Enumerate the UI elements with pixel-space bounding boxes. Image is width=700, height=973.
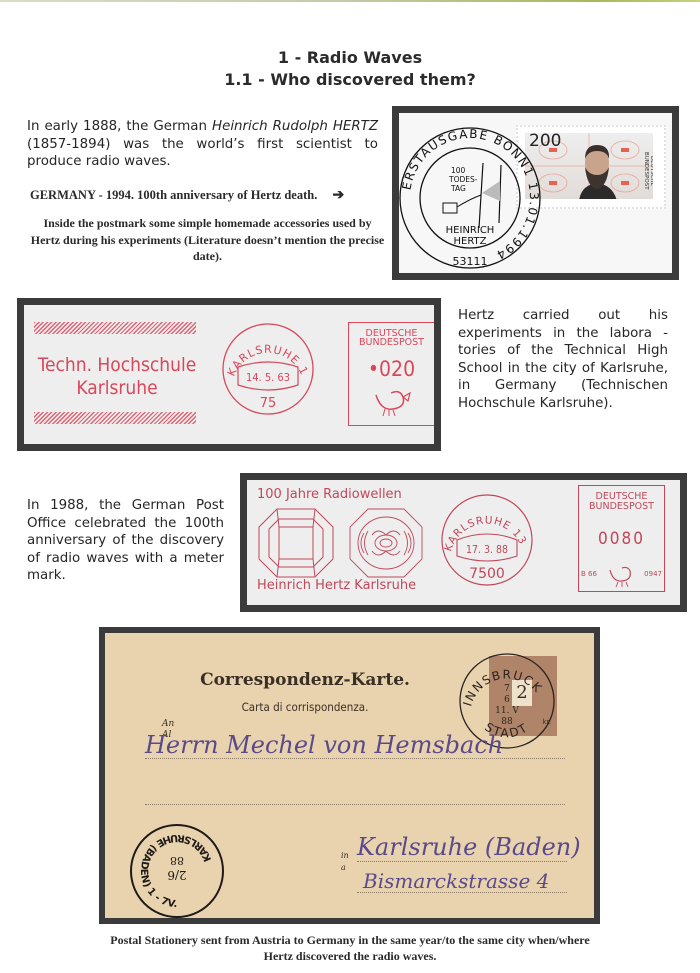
slogan-bottom: Heinrich Hertz Karlsruhe — [257, 578, 416, 593]
card-subtitle: Carta di corrispondenza. — [105, 700, 505, 714]
svg-text:HEINRICH: HEINRICH — [446, 225, 495, 236]
postage-value: •020 — [349, 357, 434, 381]
karlsruhe-postmark-1963: KARLSRUHE 1 14. 5. 63 75 — [218, 319, 318, 419]
address-line-1 — [145, 758, 565, 759]
addressee-handwriting: Herrn Mechel von Hemsbach — [145, 731, 503, 759]
postcard-caption: Postal Stationery sent from Austria to G… — [100, 933, 600, 964]
meter-mark-1988: 100 Jahre Radiowellen Heinrich Hertz Kar… — [240, 473, 687, 612]
svg-text:6: 6 — [504, 695, 510, 705]
meter-number-right: 0947 — [644, 570, 662, 578]
svg-text:75: 75 — [260, 396, 277, 411]
svg-text:88: 88 — [170, 854, 184, 867]
svg-text:INNSBRUCK: INNSBRUCK — [460, 667, 545, 707]
card-title: Correspondenz-Karte. — [105, 670, 505, 690]
hertz-1994-cover: 200 DEUTSCHE BUNDESPOST ERSTAUSGABE BONN… — [392, 106, 679, 280]
karlsruhe-arrival-postmark: KARLSRUHE (BADEN) 1 - 7V. 2/6 88 — [127, 821, 227, 918]
first-day-postmark: ERSTAUSGABE BONN1 13.01.1994 100 TODES- … — [399, 123, 545, 273]
svg-text:100: 100 — [451, 166, 466, 175]
posthorn-icon — [373, 389, 411, 417]
meter-mark-1963: Techn. Hochschule Karlsruhe KARLSRUHE 1 … — [17, 298, 441, 451]
address-line-4 — [357, 892, 567, 893]
svg-text:17. 3. 88: 17. 3. 88 — [466, 544, 508, 556]
intro-paragraph: In early 1888, the German Heinrich Rudol… — [27, 118, 378, 171]
postmark-description: Inside the postmark some simple homemade… — [30, 215, 385, 265]
svg-text:11. V: 11. V — [495, 706, 519, 716]
in-a-label: in a — [341, 850, 349, 874]
postage-value: 0080 — [579, 529, 664, 549]
hertz-labs-paragraph: Hertz carried out his experiments in the… — [458, 307, 668, 412]
page-title: 1 - Radio Waves — [0, 48, 700, 67]
karlsruhe-postmark-1988: KARLSRUHE 13 17. 3. 88 7500 — [437, 490, 537, 590]
slogan-top: 100 Jahre Radiowellen — [257, 487, 402, 502]
svg-text:53111: 53111 — [453, 255, 488, 268]
street-handwriting: Bismarckstrasse 4 — [363, 869, 549, 893]
hatch-bar-top — [34, 322, 196, 334]
meter-1988-paragraph: In 1988, the German Post Office celebrat… — [27, 497, 224, 585]
svg-text:7500: 7500 — [469, 566, 505, 582]
meter-slogan: Techn. Hochschule Karlsruhe — [33, 354, 201, 400]
meter-number-left: B 66 — [581, 570, 597, 578]
svg-text:88: 88 — [501, 717, 513, 727]
austrian-postcard: Correspondenz-Karte. Carta di corrispond… — [99, 627, 600, 924]
svg-text:TODES-: TODES- — [448, 175, 478, 184]
stamp-country: DEUTSCHE BUNDESPOST — [643, 139, 653, 199]
address-line-3 — [357, 861, 567, 862]
franking-box-1988: DEUTSCHE BUNDESPOST 0080 B 66 0947 — [578, 485, 665, 592]
radiowave-octagon-icon — [348, 507, 424, 579]
svg-text:2/6: 2/6 — [167, 868, 186, 882]
svg-text:HERTZ: HERTZ — [453, 236, 486, 247]
arrow-right-icon: ➔ — [332, 188, 344, 203]
crystal-octagon-icon — [257, 507, 335, 579]
hatch-bar-bottom — [34, 412, 196, 424]
top-border-line — [0, 0, 700, 2]
hertz-portrait-icon — [571, 139, 623, 199]
hertz-name: Heinrich Rudolph HERTZ — [212, 119, 378, 134]
svg-text:14. 5. 63: 14. 5. 63 — [246, 371, 290, 384]
page-subtitle: 1.1 - Who discovered them? — [0, 70, 700, 89]
address-line-2 — [145, 804, 565, 805]
posthorn-icon — [608, 566, 636, 588]
cover-caption: GERMANY - 1994. 100th anniversary of Her… — [30, 187, 385, 204]
city-handwriting: Karlsruhe (Baden) — [357, 833, 581, 861]
svg-text:TAG: TAG — [450, 184, 466, 193]
franking-box-1963: DEUTSCHE BUNDESPOST •020 — [348, 322, 434, 426]
svg-text:7: 7 — [504, 684, 510, 694]
